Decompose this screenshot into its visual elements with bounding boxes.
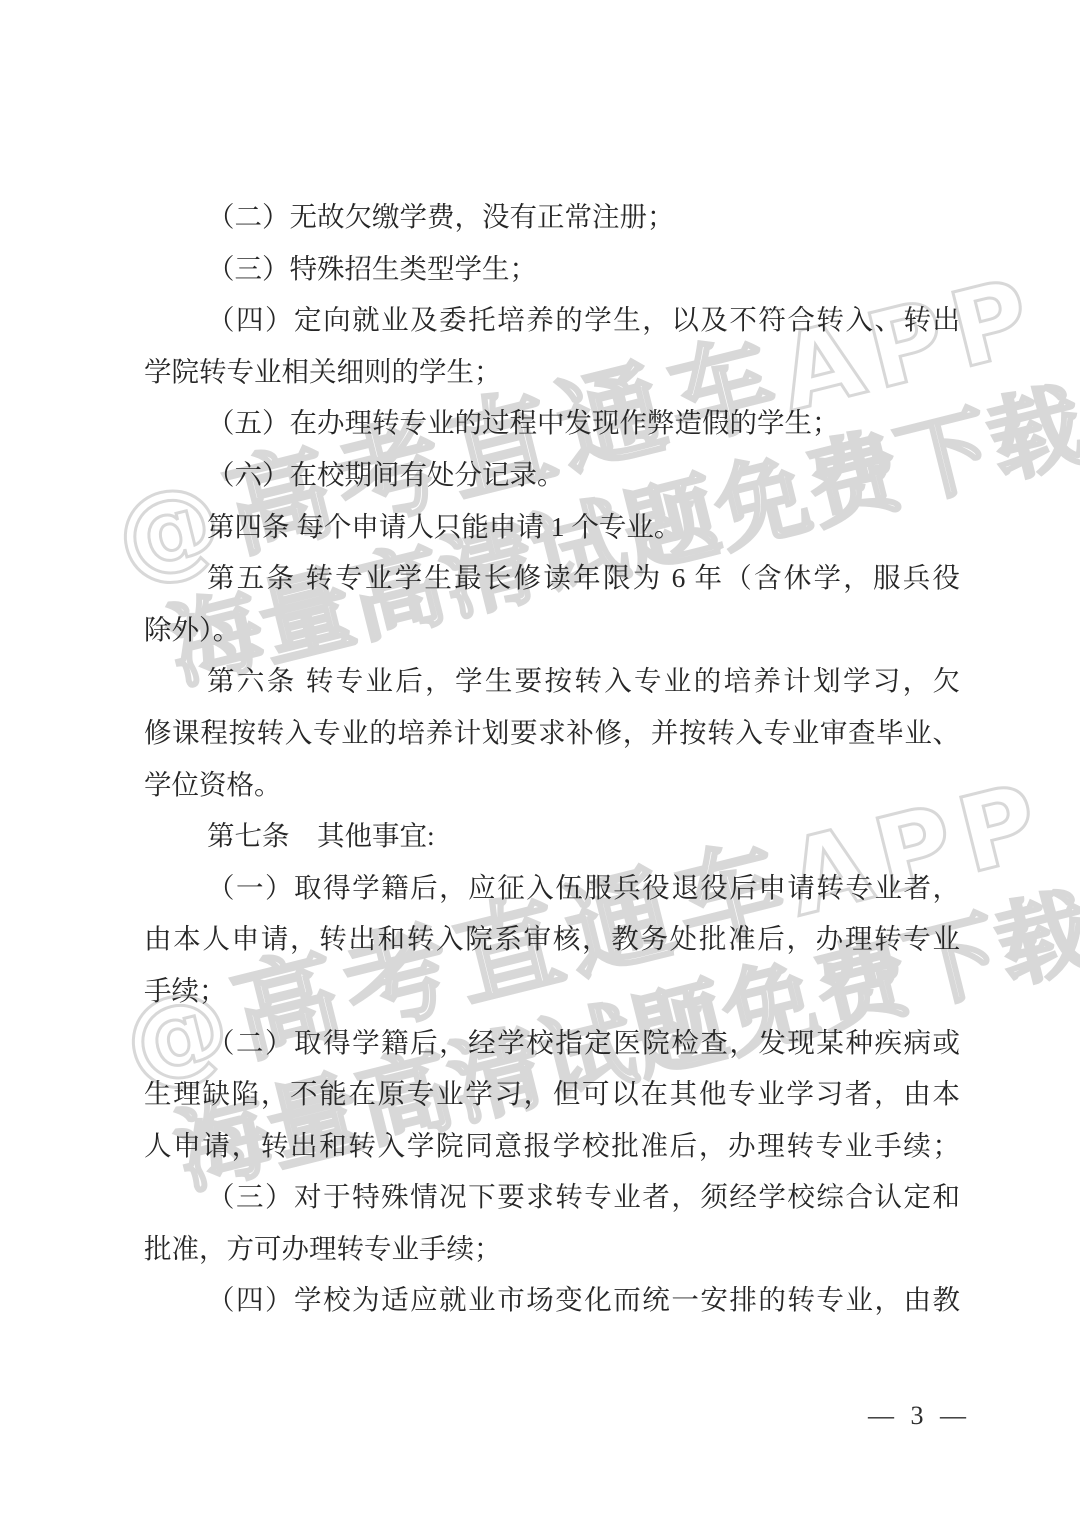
document-line: （三）特殊招生类型学生； (144, 243, 960, 295)
document-line: （六）在校期间有处分记录。 (144, 449, 960, 501)
document-line: 修课程按转入专业的培养计划要求补修，并按转入专业审查毕业、 (144, 707, 960, 759)
document-line: （四）学校为适应就业市场变化而统一安排的转专业，由教 (144, 1274, 960, 1326)
document-line: 手续； (144, 965, 960, 1017)
document-line: 生理缺陷，不能在原专业学习，但可以在其他专业学习者，由本 (144, 1068, 960, 1120)
document-line: 第五条 转专业学生最长修读年限为 6 年（含休学，服兵役 (144, 552, 960, 604)
document-line: （五）在办理转专业的过程中发现作弊造假的学生； (144, 397, 960, 449)
document-line: 由本人申请，转出和转入院系审核，教务处批准后，办理转专业 (144, 913, 960, 965)
document-line: 学院转专业相关细则的学生； (144, 346, 960, 398)
document-line: 第四条 每个申请人只能申请 1 个专业。 (144, 501, 960, 553)
page-number: — 3 — (868, 1401, 971, 1431)
page: @高考直通车APP 海量高清试题免费下载 @高考直通车APP 海量高清试题免费下… (0, 0, 1080, 1527)
document-line: （三）对于特殊情况下要求转专业者，须经学校综合认定和 (144, 1171, 960, 1223)
document-line: 批准，方可办理转专业手续； (144, 1223, 960, 1275)
document-line: 第六条 转专业后，学生要按转入专业的培养计划学习，欠 (144, 655, 960, 707)
document-body: （二）无故欠缴学费，没有正常注册；（三）特殊招生类型学生；（四）定向就业及委托培… (144, 191, 960, 1326)
document-line: 学位资格。 (144, 759, 960, 811)
document-line: 除外）。 (144, 604, 960, 656)
document-line: 第七条 其他事宜: (144, 810, 960, 862)
document-line: （四）定向就业及委托培养的学生，以及不符合转入、转出 (144, 294, 960, 346)
document-line: （二）取得学籍后，经学校指定医院检查，发现某种疾病或 (144, 1017, 960, 1069)
document-line: （一）取得学籍后，应征入伍服兵役退役后申请转专业者， (144, 862, 960, 914)
document-line: （二）无故欠缴学费，没有正常注册； (144, 191, 960, 243)
document-line: 人申请，转出和转入学院同意报学校批准后，办理转专业手续； (144, 1120, 960, 1172)
